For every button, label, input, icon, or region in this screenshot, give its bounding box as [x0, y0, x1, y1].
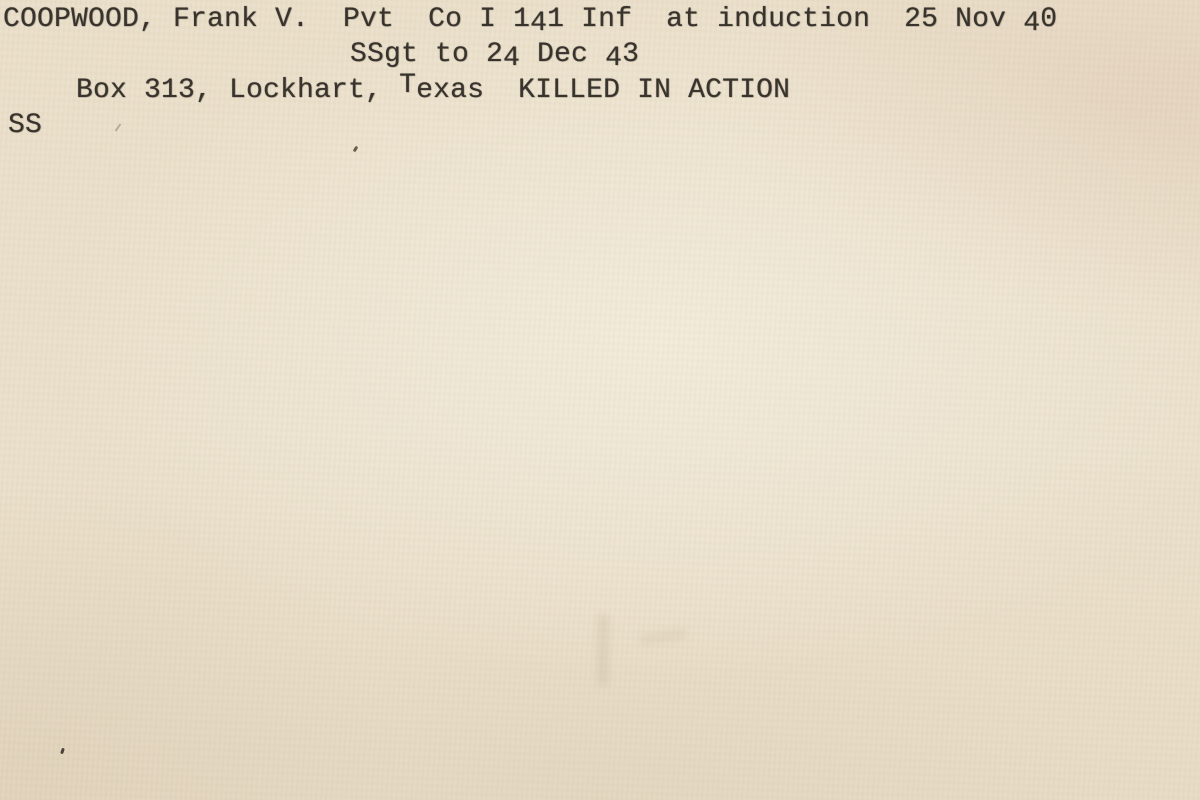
typed-segment: 4 [1023, 8, 1040, 39]
paper-speck [60, 748, 65, 755]
index-card: COOPWOOD, Frank V. Pvt Co I 141 Inf at i… [0, 0, 1200, 800]
typed-line-2: SSgt to 24 Dec 43 [350, 40, 639, 70]
typed-segment: 3 [622, 39, 639, 70]
paper-speck [353, 146, 359, 153]
typed-segment: exas KILLED IN ACTION [416, 75, 790, 106]
typed-segment: 4 [503, 43, 520, 74]
typed-segment: T [399, 70, 416, 101]
typed-segment: 4 [605, 43, 622, 74]
paper-speck [115, 123, 122, 132]
typed-segment: SSgt to 2 [350, 39, 503, 70]
paper-smudge [598, 615, 608, 685]
typed-segment: COOPWOOD, Frank V. Pvt Co I 1 [3, 4, 530, 35]
typed-segment: 1 Inf at induction 25 Nov [547, 4, 1023, 35]
paper-smudge [640, 629, 687, 645]
paper-grain-texture [0, 0, 1200, 800]
typed-segment: Dec [520, 39, 605, 70]
typed-line-1: COOPWOOD, Frank V. Pvt Co I 141 Inf at i… [3, 5, 1057, 35]
typed-line-4: SS [8, 111, 42, 141]
typed-segment: SS [8, 110, 42, 141]
typed-segment: 4 [530, 8, 547, 39]
typed-segment: Box 313, Lockhart, [76, 75, 399, 106]
typed-line-3: Box 313, Lockhart, Texas KILLED IN ACTIO… [76, 76, 790, 106]
typed-segment: 0 [1040, 4, 1057, 35]
